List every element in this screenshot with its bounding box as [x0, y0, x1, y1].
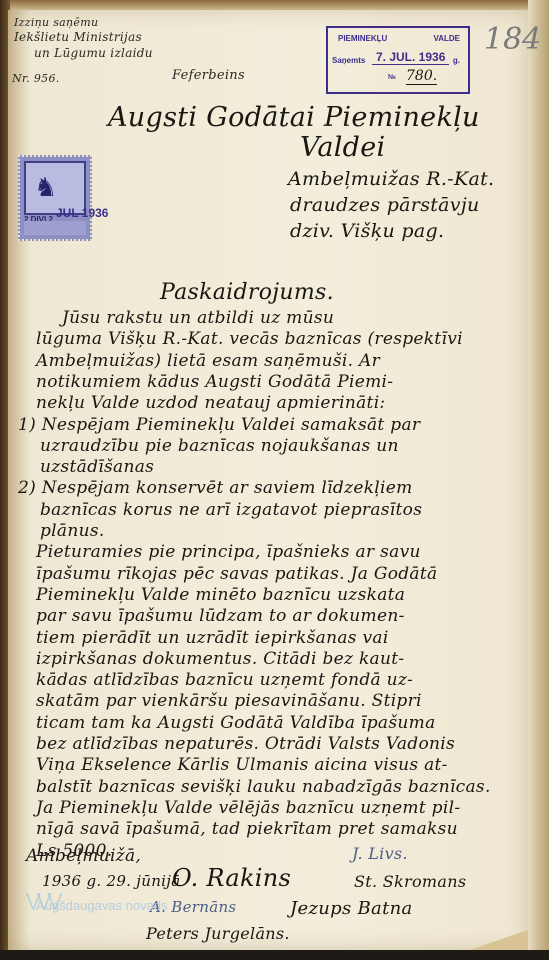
body-line: tiem pierādīt un uzrādīt iepirkšanas vai	[36, 628, 389, 648]
top-note-ref: Nr. 956.	[12, 72, 60, 85]
place: Ambeļmuižā,	[26, 846, 141, 866]
body-line: balstīt baznīcas sevišķi lauku nabadzīgā…	[36, 777, 491, 797]
body-line: nīgā savā īpašumā, tad piekrītam pret sa…	[36, 819, 458, 839]
postmark-cancel: JUL 1936	[56, 206, 108, 220]
body-line: 1) Nespējam Pieminekļu Valdei samaksāt p…	[18, 415, 420, 435]
stamp-header-right: VALDE	[433, 34, 460, 43]
stamp-number-label: №	[388, 74, 396, 81]
page-stack-edge	[528, 0, 549, 960]
folded-corner	[470, 930, 528, 950]
body-line: plānus.	[40, 521, 105, 541]
sender-line: draudzes pārstāvju	[290, 194, 480, 216]
plowman-icon: ♞	[34, 173, 57, 203]
watermark-text: Augšdaugavas novads	[36, 898, 168, 913]
top-note-line: Izziņu saņēmu	[14, 16, 98, 29]
sender-line: dziv. Višķu pag.	[290, 220, 444, 242]
body-line: Ambeļmuižas) lietā esam saņēmuši. Ar	[36, 351, 380, 371]
body-line: nekļu Valde uzdod neatauj apmierināti:	[36, 393, 385, 413]
signature: Peters Jurgelāns.	[146, 924, 290, 943]
addressee-line: Valdei	[300, 132, 385, 163]
body-line: uzraudzību pie baznīcas nojaukšanas un	[40, 436, 399, 456]
stamp-date: 7. JUL. 1936	[372, 50, 449, 65]
body-line: ticam tam ka Augsti Godātā Valdība īpašu…	[36, 713, 436, 733]
addressee-line: Augsti Godātai Pieminekļu	[108, 102, 480, 133]
top-note-signature: Feferbeins	[172, 68, 245, 83]
signature: Jezups Batna	[290, 898, 413, 919]
received-stamp: PIEMINEKĻU VALDE Saņemts 7. JUL. 1936 g.…	[326, 26, 470, 94]
document-title: Paskaidrojums.	[160, 280, 334, 305]
body-line: 2) Nespējam konservēt ar saviem līdzekļi…	[18, 478, 413, 498]
top-note-line: Iekšlietu Ministrijas	[14, 30, 142, 44]
stamp-header-left: PIEMINEKĻU	[338, 34, 387, 43]
body-line: par savu īpašumu lūdzam to ar dokumen-	[36, 606, 405, 626]
sender-line: Ambeļmuižas R.-Kat.	[288, 168, 494, 190]
body-line: Ja Pieminekļu Valde vēlējās baznīcu uzņe…	[36, 798, 460, 818]
stamp-lower-panel	[24, 221, 86, 235]
body-line: notikumiem kādus Augsti Godātā Piemi-	[36, 372, 393, 392]
stamp-label: Saņemts	[332, 56, 365, 65]
body-line: Pieturamies pie principa, īpašnieks ar s…	[36, 542, 421, 562]
signature: St. Skromans	[354, 872, 466, 891]
body-line: Pieminekļu Valde minēto baznīcu uzskata	[36, 585, 405, 605]
body-line: izpirkšanas dokumentus. Citādi bez kaut-	[36, 649, 404, 669]
body-line: lūguma Višķu R.-Kat. vecās baznīcas (res…	[36, 329, 463, 349]
body-line: skatām par vienkāršu piesavināšanu. Stip…	[36, 691, 422, 711]
signature: J. Livs.	[352, 844, 408, 863]
signature: O. Rakins	[172, 864, 291, 892]
body-line: kādas atlīdzības baznīcu uzņemt fondā uz…	[36, 670, 413, 690]
page-top-edge	[0, 0, 549, 10]
stamp-suffix: g.	[453, 56, 460, 65]
body-line: Jūsu rakstu un atbildi uz mūsu	[62, 308, 334, 328]
postage-stamp: ♞ 2 DIVI 2	[18, 155, 92, 241]
folio-number: 184	[484, 22, 541, 57]
page-bottom-edge	[0, 950, 549, 960]
body-line: īpašumu rīkojas pēc savas patikas. Ja Go…	[36, 564, 437, 584]
body-line: baznīcas korus ne arī izgatavot pieprasī…	[40, 500, 422, 520]
body-line: Viņa Ekselence Kārlis Ulmanis aicina vis…	[36, 755, 448, 775]
stamp-number: 780.	[406, 68, 437, 85]
date: 1936 g. 29. jūnijā	[42, 872, 180, 890]
top-note-line: un Lūgumu izlaidu	[34, 46, 153, 60]
body-line: uzstādīšanas	[40, 457, 154, 477]
body-line: bez atlīdzības nepaturēs. Otrādi Valsts …	[36, 734, 455, 754]
